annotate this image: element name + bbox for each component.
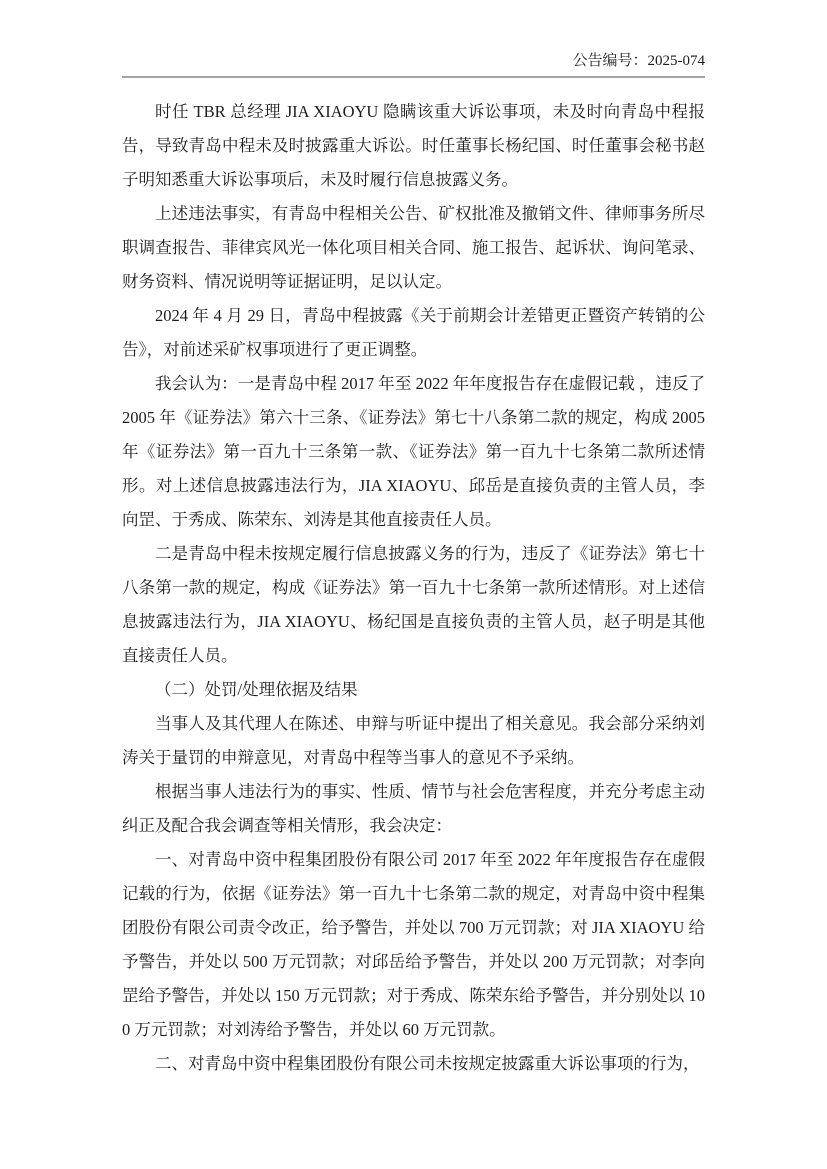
paragraph: 根据当事人违法行为的事实、性质、情节与社会危害程度，并充分考虑主动纠正及配合我会… — [122, 775, 705, 843]
document-page: 公告编号：2025-074 时任 TBR 总经理 JIA XIAOYU 隐瞒该重… — [0, 0, 827, 1169]
document-body: 时任 TBR 总经理 JIA XIAOYU 隐瞒该重大诉讼事项，未及时向青岛中程… — [122, 95, 705, 1081]
paragraph: 二、对青岛中资中程集团股份有限公司未按规定披露重大诉讼事项的行为， — [122, 1047, 705, 1081]
notice-number: 公告编号：2025-074 — [573, 53, 706, 69]
paragraph: 一、对青岛中资中程集团股份有限公司 2017 年至 2022 年年度报告存在虚假… — [122, 843, 705, 1047]
paragraph: 2024 年 4 月 29 日，青岛中程披露《关于前期会计差错更正暨资产转销的公… — [122, 299, 705, 367]
header-rule — [122, 76, 705, 78]
paragraph: 二是青岛中程未按规定履行信息披露义务的行为，违反了《证券法》第七十八条第一款的规… — [122, 537, 705, 673]
paragraph: 当事人及其代理人在陈述、申辩与听证中提出了相关意见。我会部分采纳刘涛关于量罚的申… — [122, 707, 705, 775]
paragraph: （二）处罚/处理依据及结果 — [122, 673, 705, 707]
paragraph: 我会认为：一是青岛中程 2017 年至 2022 年年度报告存在虚假记载 ，违反… — [122, 367, 705, 537]
paragraph: 时任 TBR 总经理 JIA XIAOYU 隐瞒该重大诉讼事项，未及时向青岛中程… — [122, 95, 705, 197]
paragraph: 上述违法事实，有青岛中程相关公告、矿权批准及撤销文件、律师事务所尽职调查报告、菲… — [122, 197, 705, 299]
page-header: 公告编号：2025-074 — [122, 0, 705, 70]
